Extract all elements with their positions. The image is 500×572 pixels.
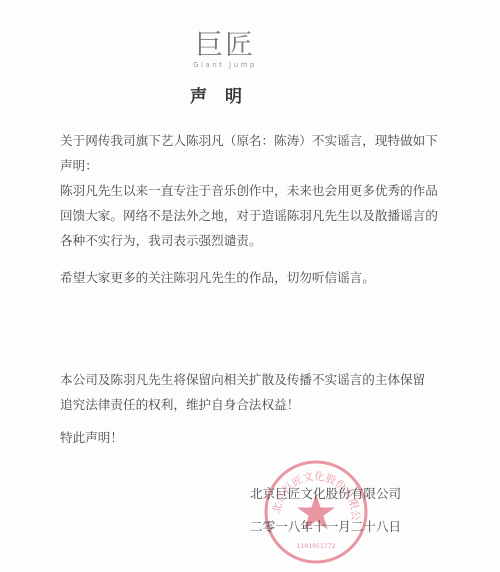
paragraph-closing: 特此声明！ [60,425,123,450]
paragraph-line: 陈羽凡先生以来一直专注于音乐创作中，未来也会用更多优秀的作品 [60,178,438,203]
paragraph-legal: 本公司及陈羽凡先生将保留向相关扩散及传播不实谣言的主体保留 追究法律责任的权利，… [60,367,425,417]
paragraph-line: 各种不实行为，我司表示强烈谴责。 [60,228,438,253]
paragraph-line: 本公司及陈羽凡先生将保留向相关扩散及传播不实谣言的主体保留 [60,367,425,392]
company-logo: 巨匠 Giant Jump [180,30,270,75]
paragraph-line: 关于网传我司旗下艺人陈羽凡（原名：陈涛）不实谣言，现特做如下 [60,128,438,153]
paragraph-line: 回馈大家。网络不是法外之地，对于造谣陈羽凡先生以及散播谣言的 [60,203,438,228]
paragraph-appeal: 希望大家更多的关注陈羽凡先生的作品，切勿听信谣言。 [60,265,375,290]
paragraph-line: 特此声明！ [60,425,123,450]
seal-number: 1101051772 [296,542,335,550]
paragraph-line: 追究法律责任的权利，维护自身合法权益！ [60,392,425,417]
paragraph-line: 希望大家更多的关注陈羽凡先生的作品，切勿听信谣言。 [60,265,375,290]
signature-company: 北京巨匠文化股份有限公司 [250,483,401,502]
paragraph-line: 声明： [60,153,438,178]
paragraph-body: 陈羽凡先生以来一直专注于音乐创作中，未来也会用更多优秀的作品 回馈大家。网络不是… [60,178,438,253]
logo-mark: 巨匠 [180,30,270,60]
signature-date: 二零一八年十一月二十八日 [250,516,401,535]
statement-document: 巨匠 Giant Jump 声明 关于网传我司旗下艺人陈羽凡（原名：陈涛）不实谣… [0,0,500,572]
paragraph-intro: 关于网传我司旗下艺人陈羽凡（原名：陈涛）不实谣言，现特做如下 声明： [60,128,438,178]
logo-subtitle: Giant Jump [180,61,270,70]
document-title: 声明 [190,82,280,107]
company-seal: 北京巨匠文化股份有限公司 1101051772 [262,458,370,566]
